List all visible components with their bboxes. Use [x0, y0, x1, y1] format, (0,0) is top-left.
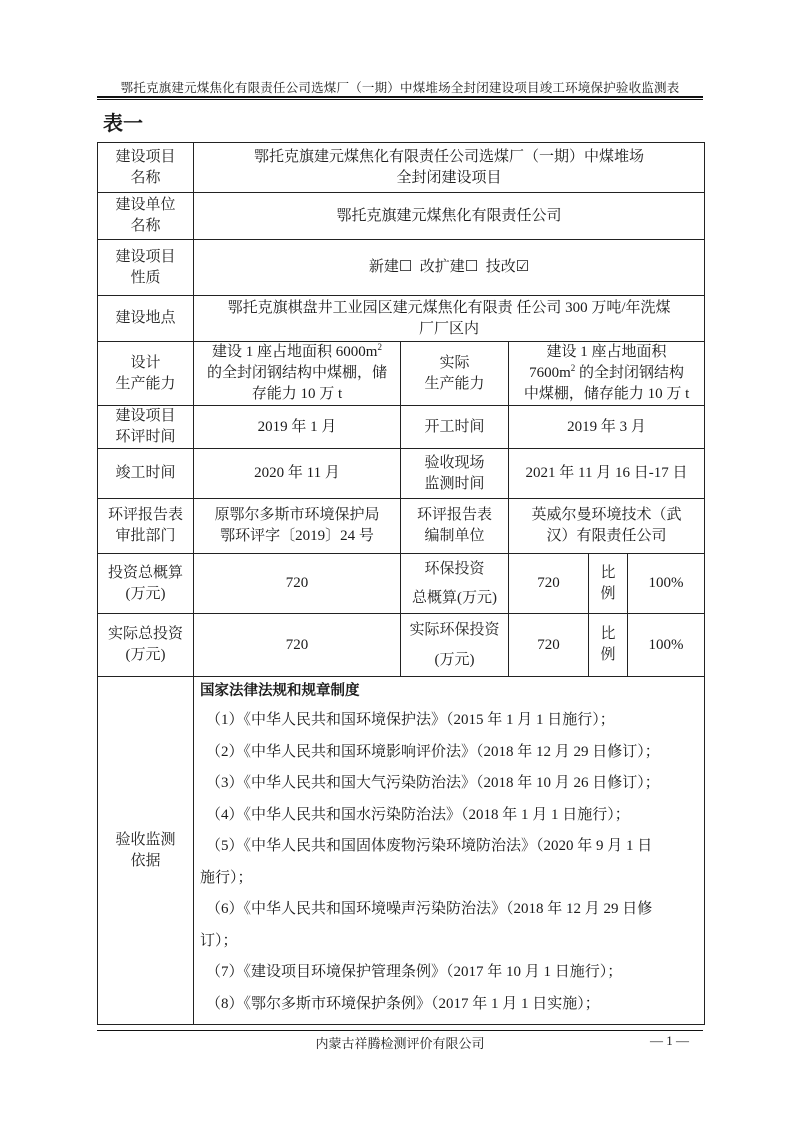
actual-env-investment-label: 实际环保投资 (万元)	[401, 614, 509, 677]
basis-item: （5）《中华人民共和国固体废物污染环境防治法》（2020 年 9 月 1 日	[200, 831, 698, 863]
approval-dept-label: 环评报告表 审批部门	[98, 499, 194, 554]
monitor-time-value: 2021 年 11 月 16 日-17 日	[509, 449, 705, 499]
location-label: 建设地点	[98, 296, 194, 342]
header-rule-thin	[97, 99, 703, 100]
design-capacity-value: 建设 1 座占地面积 6000m2 的全封闭钢结构中煤棚，储 存能力 10 万 …	[194, 342, 401, 406]
prep-unit-value: 英威尔曼环境技术（武 汉）有限责任公司	[509, 499, 705, 554]
approval-dept-value: 原鄂尔多斯市环境保护局 鄂环评字〔2019〕24 号	[194, 499, 401, 554]
completion-time-label: 竣工时间	[98, 449, 194, 499]
basis-heading: 国家法律法规和规章制度	[200, 679, 698, 703]
basis-item: （8）《鄂尔多斯市环境保护条例》（2017 年 1 月 1 日实施）；	[200, 989, 698, 1021]
project-name-value: 鄂托克旗建元煤焦化有限责任公司选煤厂（一期）中煤堆场 全封闭建设项目	[194, 143, 705, 193]
row-eia-time: 建设项目 环评时间 2019 年 1 月 开工时间 2019 年 3 月	[98, 406, 705, 449]
table-label: 表一	[103, 107, 143, 136]
row-project-name: 建设项目 名称 鄂托克旗建元煤焦化有限责任公司选煤厂（一期）中煤堆场 全封闭建设…	[98, 143, 705, 193]
env-budget-label: 环保投资 总概算(万元)	[401, 554, 509, 614]
basis-item: （2）《中华人民共和国环境影响评价法》（2018 年 12 月 29 日修订）；	[200, 737, 698, 769]
start-time-label: 开工时间	[401, 406, 509, 449]
row-location: 建设地点 鄂托克旗棋盘井工业园区建元煤焦化有限责 任公司 300 万吨/年洗煤 …	[98, 296, 705, 342]
eia-time-label: 建设项目 环评时间	[98, 406, 194, 449]
row-approval: 环评报告表 审批部门 原鄂尔多斯市环境保护局 鄂环评字〔2019〕24 号 环评…	[98, 499, 705, 554]
row-unit-name: 建设单位 名称 鄂托克旗建元煤焦化有限责任公司	[98, 193, 705, 240]
budget-ratio-value: 100%	[628, 554, 705, 614]
row-actual-investment: 实际总投资 (万元) 720 实际环保投资 (万元) 720 比 例 100%	[98, 614, 705, 677]
eia-time-value: 2019 年 1 月	[194, 406, 401, 449]
basis-item: （3）《中华人民共和国大气污染防治法》（2018 年 10 月 26 日修订）；	[200, 768, 698, 800]
actual-capacity-label: 实际 生产能力	[401, 342, 509, 406]
actual-investment-label: 实际总投资 (万元)	[98, 614, 194, 677]
basis-item-continuation: 订）；	[200, 926, 698, 958]
start-time-value: 2019 年 3 月	[509, 406, 705, 449]
header-rule	[97, 96, 703, 98]
actual-env-investment-value: 720	[509, 614, 589, 677]
nature-option-tech-upgrade[interactable]: 技改☑	[486, 259, 529, 275]
budget-label: 投资总概算 (万元)	[98, 554, 194, 614]
budget-value: 720	[194, 554, 401, 614]
row-budget: 投资总概算 (万元) 720 环保投资 总概算(万元) 720 比 例 100%	[98, 554, 705, 614]
row-completion: 竣工时间 2020 年 11 月 验收现场 监测时间 2021 年 11 月 1…	[98, 449, 705, 499]
footer-company: 内蒙古祥腾检测评价有限公司	[97, 1033, 703, 1052]
project-info-table: 建设项目 名称 鄂托克旗建元煤焦化有限责任公司选煤厂（一期）中煤堆场 全封闭建设…	[97, 142, 705, 1025]
basis-item: （7）《建设项目环境保护管理条例》（2017 年 10 月 1 日施行）；	[200, 957, 698, 989]
nature-label: 建设项目 性质	[98, 240, 194, 296]
basis-label: 验收监测 依据	[98, 677, 194, 1025]
row-basis: 验收监测 依据 国家法律法规和规章制度 （1）《中华人民共和国环境保护法》（20…	[98, 677, 705, 1025]
prep-unit-label: 环评报告表 编制单位	[401, 499, 509, 554]
actual-ratio-label: 比 例	[589, 614, 628, 677]
design-capacity-label: 设计 生产能力	[98, 342, 194, 406]
footer-rule	[97, 1030, 703, 1031]
nature-option-expand[interactable]: 改扩建☐	[420, 259, 478, 275]
budget-ratio-label: 比 例	[589, 554, 628, 614]
completion-time-value: 2020 年 11 月	[194, 449, 401, 499]
unchecked-box-icon: ☐	[465, 259, 478, 275]
unit-name-value: 鄂托克旗建元煤焦化有限责任公司	[194, 193, 705, 240]
basis-item: （1）《中华人民共和国环境保护法》（2015 年 1 月 1 日施行）；	[200, 705, 698, 737]
document-header-title: 鄂托克旗建元煤焦化有限责任公司选煤厂（一期）中煤堆场全封闭建设项目竣工环境保护验…	[97, 78, 703, 96]
basis-item: （6）《中华人民共和国环境噪声污染防治法》（2018 年 12 月 29 日修	[200, 894, 698, 926]
nature-options: 新建☐ 改扩建☐ 技改☑	[194, 240, 705, 296]
basis-item: （4）《中华人民共和国水污染防治法》（2018 年 1 月 1 日施行）；	[200, 800, 698, 832]
location-value: 鄂托克旗棋盘井工业园区建元煤焦化有限责 任公司 300 万吨/年洗煤 厂厂区内	[194, 296, 705, 342]
unchecked-box-icon: ☐	[399, 259, 412, 275]
nature-option-new[interactable]: 新建☐	[369, 259, 412, 275]
actual-capacity-value: 建设 1 座占地面积 7600m2 的全封闭钢结构 中煤棚，储存能力 10 万 …	[509, 342, 705, 406]
row-project-nature: 建设项目 性质 新建☐ 改扩建☐ 技改☑	[98, 240, 705, 296]
actual-investment-value: 720	[194, 614, 401, 677]
basis-content: 国家法律法规和规章制度 （1）《中华人民共和国环境保护法》（2015 年 1 月…	[194, 677, 705, 1025]
row-capacity: 设计 生产能力 建设 1 座占地面积 6000m2 的全封闭钢结构中煤棚，储 存…	[98, 342, 705, 406]
checked-box-icon: ☑	[516, 259, 529, 275]
env-budget-value: 720	[509, 554, 589, 614]
actual-ratio-value: 100%	[628, 614, 705, 677]
monitor-time-label: 验收现场 监测时间	[401, 449, 509, 499]
unit-name-label: 建设单位 名称	[98, 193, 194, 240]
basis-item-continuation: 施行）；	[200, 863, 698, 895]
page-number: — 1 —	[650, 1033, 689, 1049]
project-name-label: 建设项目 名称	[98, 143, 194, 193]
